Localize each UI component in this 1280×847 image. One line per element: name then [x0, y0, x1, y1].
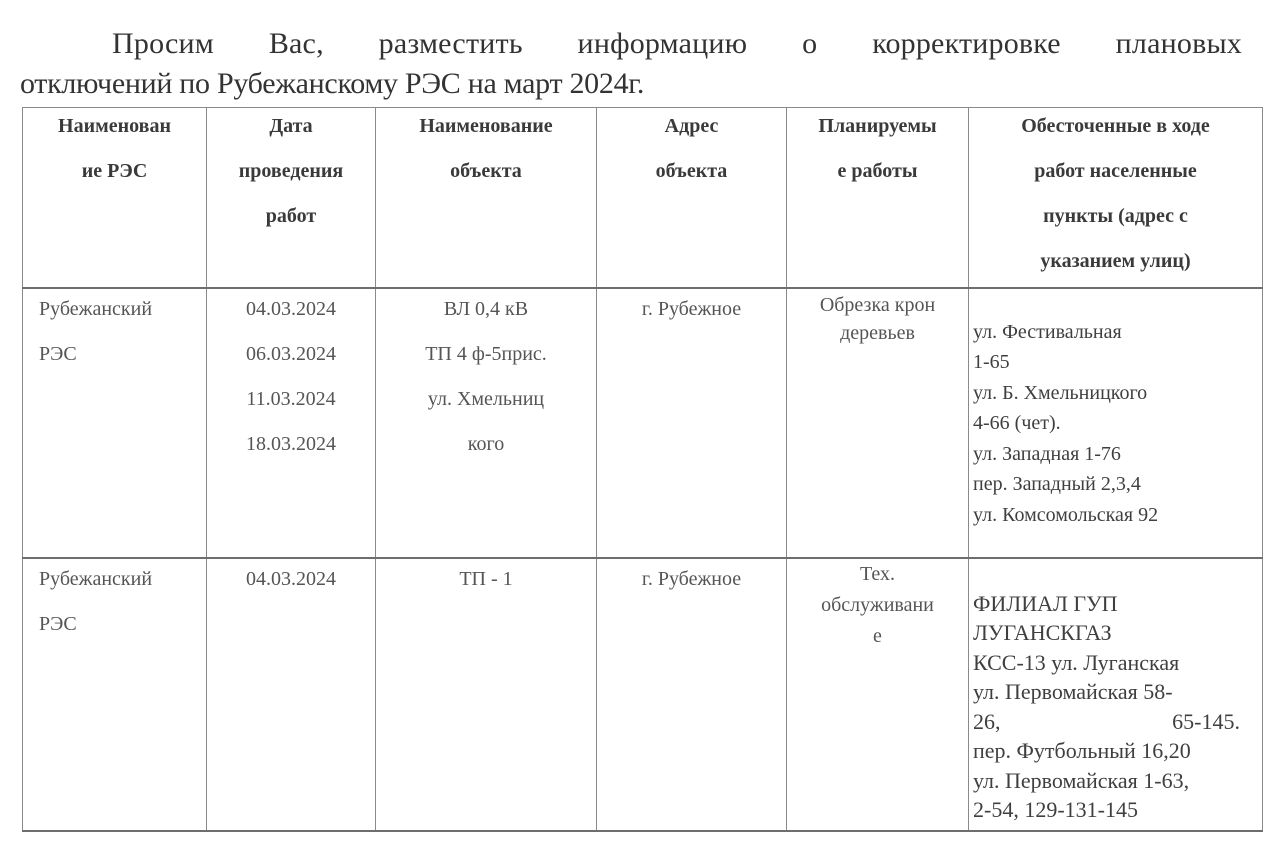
cell-res-name: Рубежанский РЭС — [23, 558, 207, 831]
header-object-name: Наименование объекта — [376, 108, 597, 288]
table-row: Рубежанский РЭС 04.03.2024 06.03.2024 11… — [23, 288, 1263, 558]
cell-object-name: ВЛ 0,4 кВ ТП 4 ф-5прис. ул. Хмельниц ког… — [376, 288, 597, 558]
cell-object-address: г. Рубежное — [597, 558, 787, 831]
cell-work-dates: 04.03.2024 06.03.2024 11.03.2024 18.03.2… — [207, 288, 376, 558]
cell-affected-settlements: ул. Фестивальная 1-65 ул. Б. Хмельницког… — [969, 288, 1263, 558]
cell-planned-works: Обрезка крон деревьев — [787, 288, 969, 558]
table-header-row: Наименован ие РЭС Дата проведения работ … — [23, 108, 1263, 288]
table-row: Рубежанский РЭС 04.03.2024 ТП - 1 г. Руб… — [23, 558, 1263, 831]
cell-planned-works: Тех. обслуживани е — [787, 558, 969, 831]
intro-line-1: Просим Вас, разместить информацию о корр… — [20, 24, 1242, 64]
header-affected-settlements: Обесточенные в ходе работ населенные пун… — [969, 108, 1263, 288]
header-res-name: Наименован ие РЭС — [23, 108, 207, 288]
cell-object-address: г. Рубежное — [597, 288, 787, 558]
planned-outages-table: Наименован ие РЭС Дата проведения работ … — [22, 107, 1263, 832]
header-object-address: Адрес объекта — [597, 108, 787, 288]
intro-paragraph: Просим Вас, разместить информацию о корр… — [20, 24, 1242, 104]
cell-object-name: ТП - 1 — [376, 558, 597, 831]
cell-affected-settlements: ФИЛИАЛ ГУП ЛУГАНСКГАЗ КСС-13 ул. Луганск… — [969, 558, 1263, 831]
header-work-date: Дата проведения работ — [207, 108, 376, 288]
cell-res-name: Рубежанский РЭС — [23, 288, 207, 558]
cell-work-dates: 04.03.2024 — [207, 558, 376, 831]
split-line: 26, 65-145. — [973, 707, 1262, 737]
intro-line-2: отключений по Рубежанскому РЭС на март 2… — [20, 64, 1242, 104]
header-planned-works: Планируемы е работы — [787, 108, 969, 288]
